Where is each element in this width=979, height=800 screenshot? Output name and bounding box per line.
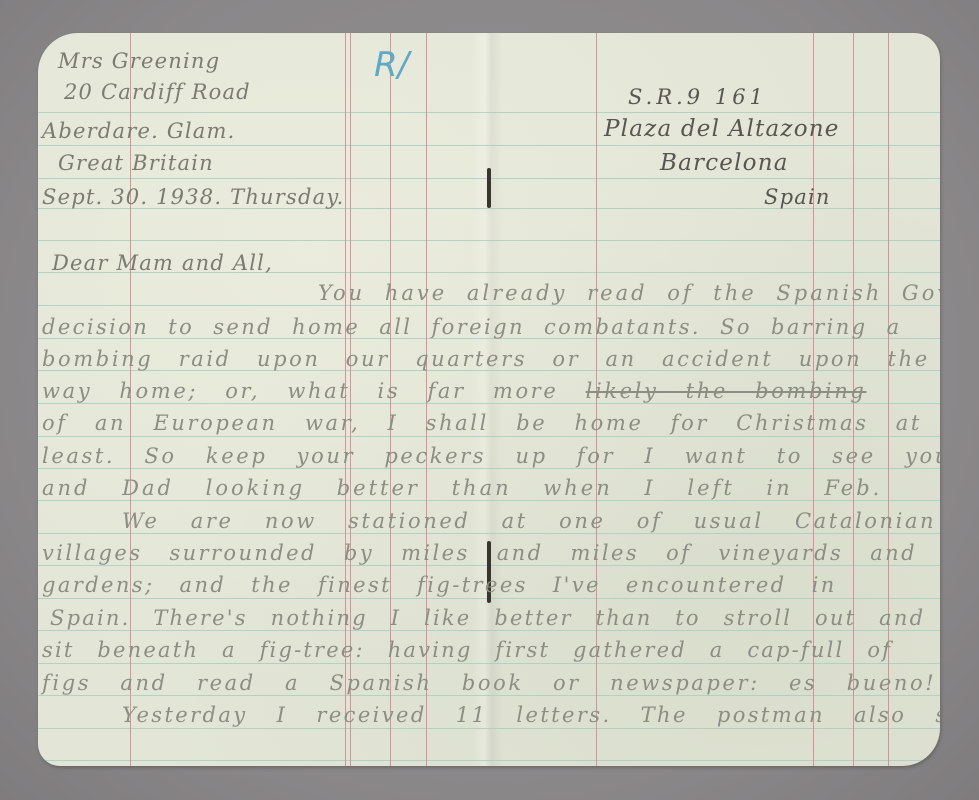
staple-hole [487, 168, 491, 208]
letter-date: Sept. 30. 1938. Thursday. [42, 185, 345, 209]
ruling-line [38, 760, 940, 761]
recipient-street: 20 Cardiff Road [64, 80, 251, 104]
sender-street: Plaza del Altazone [604, 117, 840, 141]
recipient-country: Great Britain [58, 151, 214, 175]
salutation: Dear Mam and All, [52, 251, 273, 275]
ruling-line [38, 728, 940, 729]
ruling-line [38, 112, 940, 113]
body-line: way home; or, what is far more likely th… [42, 379, 866, 403]
body-line: bombing raid upon our quarters or an acc… [42, 347, 930, 371]
ruling-line [38, 145, 940, 146]
body-line: and Dad looking better than when I left … [42, 476, 882, 500]
body-line-text: way home; or, what is far more [42, 379, 586, 403]
ruling-line [38, 305, 940, 306]
body-line: Yesterday I received 11 letters. The pos… [122, 703, 940, 727]
body-line: gardens; and the finest fig-trees I've e… [42, 573, 837, 597]
body-line: decision to send home all foreign combat… [42, 315, 902, 339]
body-line: You have already read of the Spanish Gov… [318, 281, 940, 305]
body-line: of an European war, I shall be home for … [42, 411, 922, 435]
ruling-line [38, 695, 940, 696]
ruling-line [38, 436, 940, 437]
sender-country: Spain [764, 185, 831, 209]
sender-unit: S.R.9 161 [628, 85, 767, 109]
ruling-line [38, 533, 940, 534]
body-line: We are now stationed at one of usual Cat… [122, 509, 936, 533]
sender-city: Barcelona [660, 151, 789, 175]
ruling-line [38, 240, 940, 241]
body-line: figs and read a Spanish book or newspape… [42, 671, 936, 695]
recipient-town: Aberdare. Glam. [42, 119, 235, 143]
letter-page: R/ Mrs Greening 20 Cardiff Road Aberdare… [38, 33, 940, 766]
ruling-line [38, 663, 940, 664]
ruling-line [38, 500, 940, 501]
body-line: Spain. There's nothing I like better tha… [50, 606, 925, 630]
ruling-line [38, 630, 940, 631]
body-line: sit beneath a fig-tree: having first gat… [42, 638, 892, 662]
body-line: villages surrounded by miles and miles o… [42, 541, 917, 565]
body-line: least. So keep your peckers up for I wan… [42, 444, 940, 468]
struck-text: likely the bombing [586, 379, 867, 403]
ruling-line [38, 468, 940, 469]
recipient-name: Mrs Greening [58, 49, 220, 73]
annotation-mark: R/ [374, 45, 409, 85]
ruling-line [38, 403, 940, 404]
